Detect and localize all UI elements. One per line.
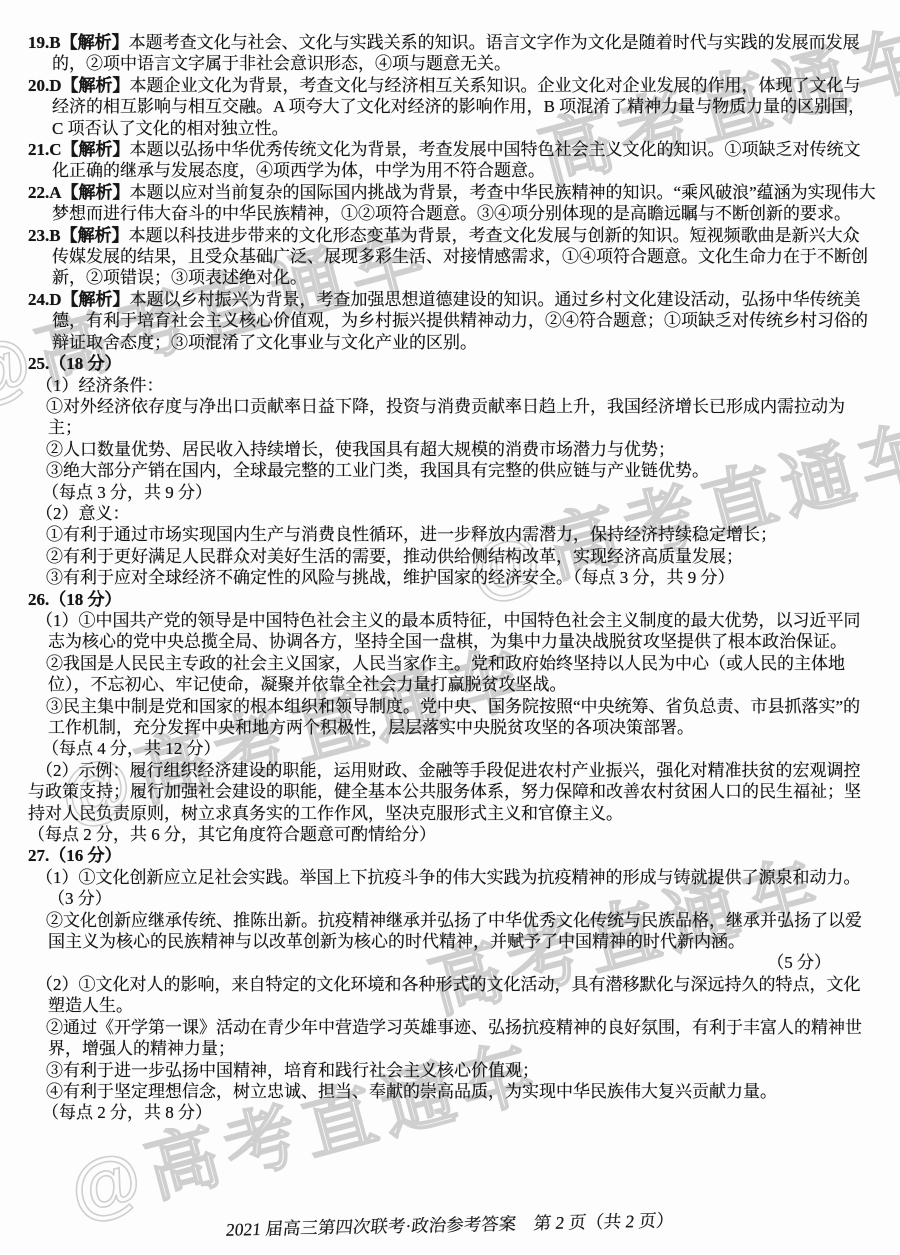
item-number: 25.（18 分）	[28, 354, 122, 373]
answer-content: 19.B【解析】本题考查文化与社会、文化与实践关系的知识。语言文字作为文化是随着…	[28, 32, 876, 1124]
answer-item: 22.A【解析】本题以应对当前复杂的国际国内挑战为背景，考查中华民族精神的知识。…	[28, 182, 876, 225]
answer-point: ②人口数量优势、居民收入持续增长，使我国具有超大规模的消费市场潜力与优势；	[28, 439, 876, 460]
answer-point: ②通过《开学第一课》活动在青少年中营造学习英雄事迹、弘扬抗疫精神的良好氛围，有利…	[28, 1017, 876, 1060]
answer-point: ②我国是人民民主专政的社会主义国家，人民当家作主。党和政府始终坚持以人民为中心（…	[28, 653, 876, 696]
answer-point: ③有利于进一步弘扬中国精神，培育和践行社会主义核心价值观；	[28, 1060, 876, 1081]
scanned-answer-page: 高考直通车@高考直通车@高考直通车@高考直通车高考直通车@高考直通车 19.B【…	[0, 0, 900, 1255]
score-note: （每点 3 分，共 9 分）	[28, 482, 876, 503]
item-number: 19.B【解析】	[28, 33, 129, 52]
sub-answer: （2）示例：履行组织经济建设的职能，运用财政、金融等手段促进农村产业振兴，强化对…	[28, 760, 876, 824]
item-number: 27.（16 分）	[28, 846, 122, 865]
answer-item: 19.B【解析】本题考查文化与社会、文化与实践关系的知识。语言文字作为文化是随着…	[28, 32, 876, 75]
sub-answer: （1）经济条件：	[28, 375, 876, 396]
answer-item: 20.D【解析】本题企业文化为背景，考查文化与经济相互关系知识。企业文化对企业发…	[28, 75, 876, 139]
score-note: （每点 2 分，共 6 分，其它角度符合题意可酌情给分）	[28, 824, 876, 845]
sub-answer: （1）①中国共产党的领导是中国特色社会主义的最本质特征，中国特色社会主义制度的最…	[28, 610, 876, 653]
answer-point: ②文化创新应继承传统、推陈出新。抗疫精神继承并弘扬了中华优秀文化传统与民族品格，…	[28, 910, 876, 953]
answer-point: ③有利于应对全球经济不确定性的风险与挑战，维护国家的经济安全。（每点 3 分，共…	[28, 567, 876, 588]
answer-item: 24.D【解析】本题以乡村振兴为背景，考查加强思想道德建设的知识。通过乡村文化建…	[28, 289, 876, 353]
sub-answer: （2）①文化对人的影响，来自特定的文化环境和各种形式的文化活动，具有潜移默化与深…	[28, 974, 876, 1017]
question-header: 26.（18 分）	[28, 589, 876, 610]
score-note: （每点 4 分，共 12 分）	[28, 738, 876, 759]
item-number: 22.A【解析】	[28, 183, 130, 202]
item-number: 20.D【解析】	[28, 76, 130, 95]
item-number: 21.C【解析】	[28, 140, 130, 159]
score-note: （5 分）	[28, 952, 876, 973]
answer-point: ①有利于通过市场实现国内生产与消费良性循环，进一步释放内需潜力，保持经济持续稳定…	[28, 524, 876, 545]
answer-point: ①对外经济依存度与净出口贡献率日益下降，投资与消费贡献率日趋上升，我国经济增长已…	[28, 396, 876, 439]
question-header: 27.（16 分）	[28, 845, 876, 866]
answer-point: ②有利于更好满足人民群众对美好生活的需要，推动供给侧结构改革，实现经济高质量发展…	[28, 546, 876, 567]
answer-item: 21.C【解析】本题以弘扬中华优秀传统文化为背景，考查发展中国特色社会主义文化的…	[28, 139, 876, 182]
item-number: 23.B【解析】	[28, 226, 129, 245]
answer-item: 23.B【解析】本题以科技进步带来的文化形态变革为背景，考查文化发展与创新的知识…	[28, 225, 876, 289]
sub-answer: （2）意义：	[28, 503, 876, 524]
answer-point: ④有利于坚定理想信念，树立忠诚、担当、奉献的崇高品质，为实现中华民族伟大复兴贡献…	[28, 1081, 876, 1102]
page-footer: 2021 届高三第四次联考·政治参考答案 第 2 页（共 2 页）	[0, 1203, 900, 1247]
item-number: 24.D【解析】	[28, 290, 130, 309]
answer-point: ③绝大部分产销在国内，全球最完整的工业门类，我国具有完整的供应链与产业链优势。	[28, 460, 876, 481]
question-header: 25.（18 分）	[28, 353, 876, 374]
sub-answer: （1）①文化创新应立足社会实践。举国上下抗疫斗争的伟大实践为抗疫精神的形成与铸就…	[28, 867, 876, 910]
answer-point: ③民主集中制是党和国家的根本组织和领导制度。党中央、国务院按照“中央统筹、省负总…	[28, 696, 876, 739]
score-note: （每点 2 分，共 8 分）	[28, 1102, 876, 1123]
item-number: 26.（18 分）	[28, 590, 122, 609]
